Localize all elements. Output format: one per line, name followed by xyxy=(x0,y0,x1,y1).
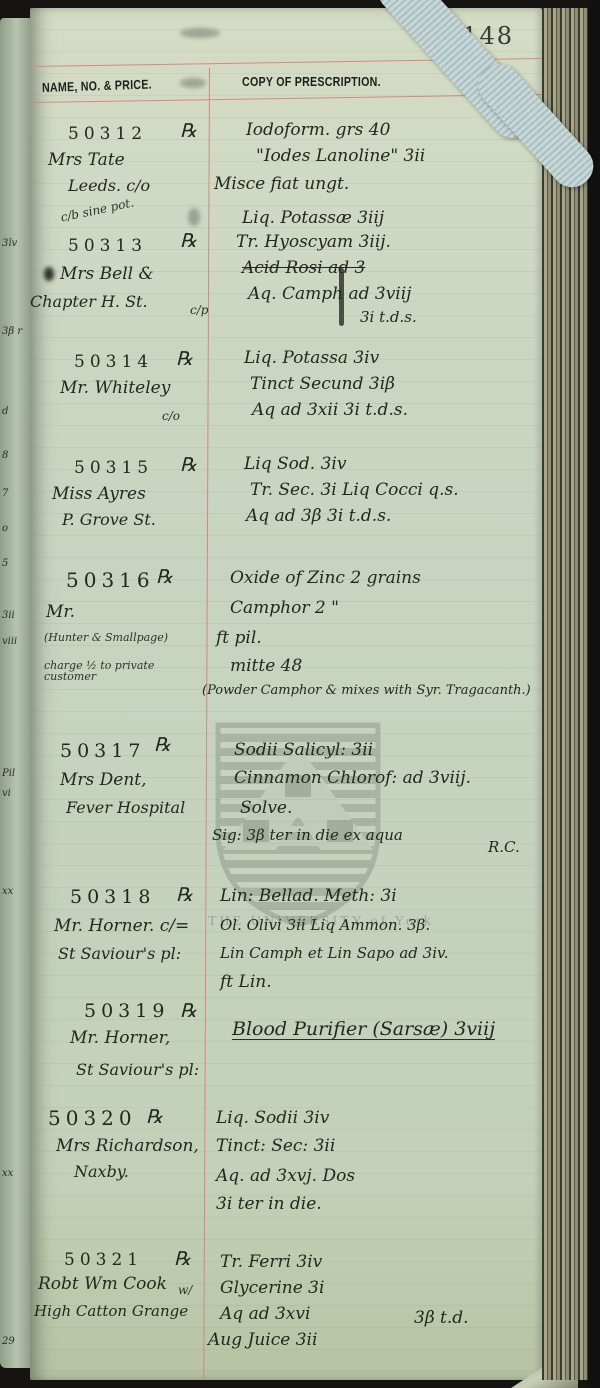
prescription-line: Lin Camph et Lin Sapo ad 3iv. xyxy=(220,946,448,961)
previous-page-edge: 3īv 3β r d 8 7 o 5 3ii viii Pil vi xx xx… xyxy=(0,18,30,1368)
prescription-line: Aq ad 3xii 3i t.d.s. xyxy=(252,402,408,419)
margin-note: 3ii xyxy=(2,610,30,621)
prescription-number: 50321 xyxy=(64,1252,143,1269)
rx-symbol: ℞ xyxy=(156,568,173,587)
patient-address: Chapter H. St. xyxy=(30,294,148,310)
prescription-number: 50317 xyxy=(60,742,145,761)
prescription-line: Solve. xyxy=(240,800,292,817)
patient-name: Mrs Tate xyxy=(48,152,125,169)
signature-initials: R.C. xyxy=(488,840,520,855)
dosage-line: 3β t.d. xyxy=(414,1310,469,1327)
prescription-line: Aq. ad 3xvj. Dos xyxy=(216,1168,355,1185)
prescription-number: 50316 xyxy=(66,570,155,590)
ink-blot xyxy=(44,267,54,281)
rx-symbol: ℞ xyxy=(180,1002,197,1021)
rx-symbol: ℞ xyxy=(154,736,171,755)
patient-address: (Hunter & Smallpage) xyxy=(44,632,168,643)
column-header-name: NAME, NO. & PRICE. xyxy=(42,76,152,95)
rx-symbol: ℞ xyxy=(180,456,197,475)
patient-name: Mr. Horner, xyxy=(70,1030,170,1047)
rx-symbol: ℞ xyxy=(174,1250,191,1269)
margin-note: 5 xyxy=(2,558,30,569)
prescription-line: Camphor 2 " xyxy=(230,600,339,617)
rx-symbol: ℞ xyxy=(180,232,197,251)
patient-address: St Saviour's pl: xyxy=(76,1062,199,1078)
prescription-line: Liq. Sodii 3iv xyxy=(216,1110,329,1127)
prescription-line: 3i ter in die. xyxy=(216,1196,322,1213)
prescription-line: Tr. Hyoscyam 3iij. xyxy=(236,234,391,251)
dosage-line: 3i t.d.s. xyxy=(360,310,417,325)
prescription-line: ft Lin. xyxy=(220,974,272,991)
prescription-number: 50314 xyxy=(74,354,153,371)
prescription-line: Liq Sod. 3iv xyxy=(244,456,346,473)
margin-note: 8 xyxy=(2,450,30,461)
entry-note: w/ xyxy=(178,1284,192,1296)
margin-note: 3īv xyxy=(2,238,30,249)
margin-note: vi xyxy=(2,788,30,799)
margin-note: Pil xyxy=(2,768,30,779)
prescription-line: Tinct: Sec: 3ii xyxy=(216,1138,335,1155)
patient-address: Leeds. c/o xyxy=(68,178,150,194)
patient-name: Mrs Richardson, xyxy=(56,1138,199,1155)
margin-note: d xyxy=(2,406,30,417)
patient-name: Mr. xyxy=(46,604,75,621)
column-divider xyxy=(203,68,210,1378)
prescription-line: Glycerine 3i xyxy=(220,1280,324,1297)
patient-address: High Catton Grange xyxy=(34,1304,188,1319)
book-cover-edge xyxy=(588,0,600,1388)
prescription-line: Tr. Ferri 3iv xyxy=(220,1254,322,1271)
margin-note: 7 xyxy=(2,488,30,499)
prescription-line: Liq. Potassæ 3iij xyxy=(242,210,384,227)
prescription-line: Liq. Potassa 3iv xyxy=(244,350,379,367)
entry-note: c/p xyxy=(190,304,208,316)
patient-address: St Saviour's pl: xyxy=(58,946,181,962)
prescription-number: 50319 xyxy=(84,1002,169,1021)
patient-name: Mrs Dent, xyxy=(60,772,147,789)
ink-stain xyxy=(180,78,206,88)
margin-note: 29 xyxy=(2,1336,30,1347)
margin-note: viii xyxy=(2,636,30,647)
prescription-line: Sig: 3β ter in die ex aqua xyxy=(212,828,403,843)
prescription-line: Aug Juice 3ii xyxy=(208,1332,317,1349)
prescription-line: Iodoform. grs 40 xyxy=(246,122,390,139)
rx-symbol: ℞ xyxy=(176,886,193,905)
patient-name: Robt Wm Cook xyxy=(38,1276,167,1293)
prescription-line: Aq ad 3xvi xyxy=(220,1306,310,1323)
prescription-line: Cinnamon Chlorof: ad 3viij. xyxy=(234,770,471,787)
prescription-number: 50313 xyxy=(68,238,147,255)
prescription-line: Misce fiat ungt. xyxy=(214,176,349,193)
ink-stain xyxy=(188,208,200,226)
patient-name: Mr. Whiteley xyxy=(60,380,170,397)
preparation-instructions: (Powder Camphor & mixes with Syr. Tragac… xyxy=(202,684,531,697)
entry-note: c/b sine pot. xyxy=(60,196,135,223)
margin-note: 3β r xyxy=(2,326,30,337)
rx-symbol: ℞ xyxy=(146,1108,163,1127)
prescription-number: 50318 xyxy=(70,888,155,907)
patient-name: Mrs Bell & xyxy=(60,266,154,283)
margin-note: o xyxy=(2,523,30,534)
prescription-line: Tr. Sec. 3i Liq Cocci q.s. xyxy=(250,482,459,499)
prescription-line: Blood Purifier (Sarsæ) 3viij xyxy=(232,1020,495,1040)
rx-symbol: ℞ xyxy=(176,350,193,369)
column-header-prescription: COPY OF PRESCRIPTION. xyxy=(242,74,381,89)
prescription-line: Aq. Camph ad 3viij xyxy=(248,286,411,303)
prescription-number: 50312 xyxy=(68,126,147,143)
prescription-line: mitte 48 xyxy=(230,658,302,675)
page-edges xyxy=(542,8,592,1380)
scanned-ledger-image: 3īv 3β r d 8 7 o 5 3ii viii Pil vi xx xx… xyxy=(0,0,600,1388)
prescription-line: Tinct Secund 3iβ xyxy=(250,376,395,393)
ledger-page: 148 NAME, NO. & PRICE. COPY OF PRESCRIPT… xyxy=(30,8,542,1380)
patient-address: Fever Hospital xyxy=(66,800,185,816)
prescription-line: ft pil. xyxy=(216,630,262,647)
prescription-number: 50320 xyxy=(48,1108,137,1128)
patient-address: Naxby. xyxy=(74,1164,129,1180)
entry-note: c/o xyxy=(162,410,180,422)
patient-address: P. Grove St. xyxy=(62,512,156,528)
struck-prescription-line: Acid Rosi ad 3 xyxy=(242,260,365,277)
prescription-line: Sodii Salicyl: 3ii xyxy=(234,742,373,759)
patient-name: Mr. Horner. c/= xyxy=(54,918,189,935)
rx-symbol: ℞ xyxy=(180,122,197,141)
prescription-line: "Iodes Lanoline" 3ii xyxy=(256,148,425,165)
prescription-line: Aq ad 3β 3i t.d.s. xyxy=(246,508,391,525)
margin-note: xx xyxy=(2,1168,30,1179)
ink-stain xyxy=(180,28,220,38)
prescription-line: Ol. Olivi 3ii Liq Ammon. 3β. xyxy=(220,918,430,933)
prescription-number: 50315 xyxy=(74,460,153,477)
prescription-line: Oxide of Zinc 2 grains xyxy=(230,570,421,587)
patient-name: Miss Ayres xyxy=(52,486,146,503)
prescription-line: Lin: Bellad. Meth: 3i xyxy=(220,888,397,905)
margin-note: xx xyxy=(2,886,30,897)
entry-note: charge ½ to private customer xyxy=(44,660,204,682)
